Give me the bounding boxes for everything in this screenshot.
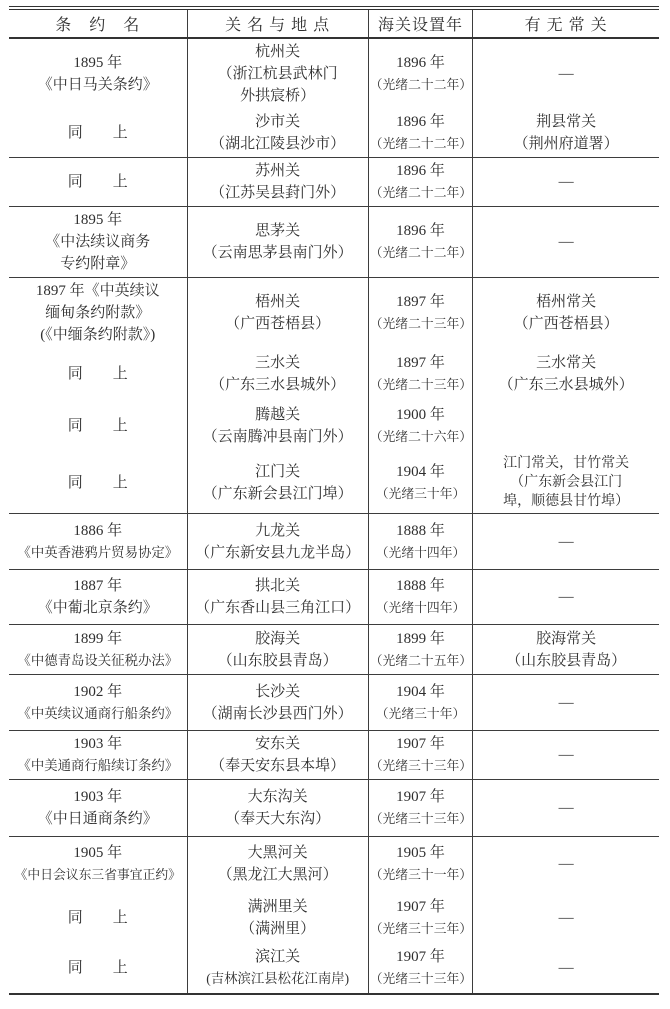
native-customs-cell: 胶海常关（山东胶县青岛） bbox=[473, 625, 659, 675]
native-customs-line: — bbox=[474, 171, 658, 193]
native-customs-line: — bbox=[474, 231, 658, 253]
year-cell: 1907 年（光绪三十三年） bbox=[368, 892, 473, 944]
year-line: （光绪二十三年） bbox=[370, 374, 472, 396]
year-cell: 1897 年（光绪二十三年） bbox=[368, 278, 473, 349]
native-customs-cell: — bbox=[473, 675, 659, 731]
customs-line: 滨江关 bbox=[189, 946, 367, 968]
table-row: 同 上江门关（广东新会县江门埠）1904 年（光绪三十年）江门常关，甘竹常关（广… bbox=[9, 452, 659, 514]
year-line: 1888 年 bbox=[370, 575, 472, 597]
customs-line: （湖南长沙县西门外） bbox=[189, 703, 367, 725]
customs-line: (吉林滨江县松花江南岸) bbox=[189, 968, 367, 990]
treaty-cell: 同 上 bbox=[9, 944, 187, 994]
table-row: 同 上苏州关（江苏吴县葑门外）1896 年（光绪二十二年）— bbox=[9, 158, 659, 207]
treaty-cell: 1895 年《中日马关条约》 bbox=[9, 38, 187, 109]
native-customs-cell bbox=[473, 399, 659, 452]
customs-cell: 大黑河关（黑龙江大黑河） bbox=[187, 837, 368, 892]
treaty-line: 1903 年 bbox=[10, 733, 186, 755]
treaty-line: 1895 年 bbox=[10, 52, 186, 74]
year-cell: 1896 年（光绪二十二年） bbox=[368, 38, 473, 109]
year-line: （光绪二十二年） bbox=[370, 74, 472, 96]
year-line: 1897 年 bbox=[370, 352, 472, 374]
customs-line: 九龙关 bbox=[189, 520, 367, 542]
customs-line: 三水关 bbox=[189, 352, 367, 374]
native-customs-line: 梧州常关 bbox=[474, 291, 658, 313]
table-row: 1905 年《中日会议东三省事宜正约》大黑河关（黑龙江大黑河）1905 年（光绪… bbox=[9, 837, 659, 892]
customs-line: （广东新会县江门埠） bbox=[189, 483, 367, 505]
native-customs-line: （荆州府道署） bbox=[474, 133, 658, 155]
treaty-cell: 1903 年《中日通商条约》 bbox=[9, 780, 187, 837]
table-row: 1895 年《中日马关条约》杭州关（浙江杭县武林门外拱宸桥）1896 年（光绪二… bbox=[9, 38, 659, 109]
native-customs-line: — bbox=[474, 692, 658, 714]
year-line: （光绪三十三年） bbox=[370, 918, 472, 940]
native-customs-cell: — bbox=[473, 158, 659, 207]
treaty-cell: 同 上 bbox=[9, 892, 187, 944]
treaty-cell: 同 上 bbox=[9, 158, 187, 207]
native-customs-cell: — bbox=[473, 944, 659, 994]
treaty-line: 《中美通商行船续订条约》 bbox=[10, 755, 186, 777]
native-customs-line: — bbox=[474, 744, 658, 766]
year-line: 1897 年 bbox=[370, 291, 472, 313]
native-customs-cell: — bbox=[473, 837, 659, 892]
year-line: （光绪二十二年） bbox=[370, 242, 472, 264]
year-line: 1907 年 bbox=[370, 733, 472, 755]
treaty-cell: 1886 年《中英香港鸦片贸易协定》 bbox=[9, 514, 187, 570]
customs-line: 满洲里关 bbox=[189, 896, 367, 918]
treaty-cell: 同 上 bbox=[9, 399, 187, 452]
treaty-line: 1895 年 bbox=[10, 209, 186, 231]
year-cell: 1897 年（光绪二十三年） bbox=[368, 348, 473, 399]
table-row: 同 上三水关（广东三水县城外）1897 年（光绪二十三年）三水常关（广东三水县城… bbox=[9, 348, 659, 399]
year-line: 1900 年 bbox=[370, 404, 472, 426]
treaty-line: 缅甸条约附款》 bbox=[10, 302, 186, 324]
customs-line: 江门关 bbox=[189, 461, 367, 483]
treaty-cell: 1905 年《中日会议东三省事宜正约》 bbox=[9, 837, 187, 892]
treaty-cell: 1899 年《中德青岛设关征税办法》 bbox=[9, 625, 187, 675]
year-line: 1907 年 bbox=[370, 896, 472, 918]
customs-line: 外拱宸桥） bbox=[189, 85, 367, 107]
customs-line: （山东胶县青岛） bbox=[189, 650, 367, 672]
native-customs-cell: — bbox=[473, 514, 659, 570]
year-line: （光绪三十一年） bbox=[370, 864, 472, 886]
customs-line: （黑龙江大黑河） bbox=[189, 864, 367, 886]
header-customs-location: 关 名 与 地 点 bbox=[187, 8, 368, 38]
year-line: 1904 年 bbox=[370, 461, 472, 483]
native-customs-line: 荆县常关 bbox=[474, 111, 658, 133]
native-customs-cell: 梧州常关（广西苍梧县） bbox=[473, 278, 659, 349]
customs-cell: 思茅关（云南思茅县南门外） bbox=[187, 207, 368, 278]
treaty-line: 同 上 bbox=[10, 907, 186, 929]
treaty-line: 《中法续议商务 bbox=[10, 231, 186, 253]
customs-line: 拱北关 bbox=[189, 575, 367, 597]
table-row: 1895 年《中法续议商务专约附章》思茅关（云南思茅县南门外）1896 年（光绪… bbox=[9, 207, 659, 278]
customs-line: 苏州关 bbox=[189, 160, 367, 182]
native-customs-cell: 江门常关，甘竹常关（广东新会县江门埠，顺德县甘竹埠） bbox=[473, 452, 659, 514]
year-line: （光绪二十二年） bbox=[370, 182, 472, 204]
treaty-line: 《中葡北京条约》 bbox=[10, 597, 186, 619]
native-customs-cell: — bbox=[473, 207, 659, 278]
year-line: 1896 年 bbox=[370, 52, 472, 74]
year-cell: 1907 年（光绪三十三年） bbox=[368, 944, 473, 994]
year-line: （光绪二十六年） bbox=[370, 426, 472, 448]
table-row: 同 上满洲里关（满洲里）1907 年（光绪三十三年）— bbox=[9, 892, 659, 944]
native-customs-line: — bbox=[474, 586, 658, 608]
table-row: 1903 年《中日通商条约》大东沟关（奉天大东沟）1907 年（光绪三十三年）— bbox=[9, 780, 659, 837]
year-cell: 1905 年（光绪三十一年） bbox=[368, 837, 473, 892]
year-line: （光绪二十二年） bbox=[370, 133, 472, 155]
native-customs-line: （广东新会县江门 bbox=[474, 473, 658, 492]
table-row: 1897 年《中英续议缅甸条约附款》(《中缅条约附款》)梧州关（广西苍梧县）18… bbox=[9, 278, 659, 349]
native-customs-line: （广西苍梧县） bbox=[474, 313, 658, 335]
customs-line: （湖北江陵县沙市） bbox=[189, 133, 367, 155]
table-body: 1895 年《中日马关条约》杭州关（浙江杭县武林门外拱宸桥）1896 年（光绪二… bbox=[9, 38, 659, 994]
year-cell: 1904 年（光绪三十年） bbox=[368, 452, 473, 514]
customs-line: 长沙关 bbox=[189, 681, 367, 703]
year-line: （光绪三十三年） bbox=[370, 755, 472, 777]
customs-line: （广东新安县九龙半岛） bbox=[189, 542, 367, 564]
native-customs-line: — bbox=[474, 63, 658, 85]
native-customs-line: 埠，顺德县甘竹埠） bbox=[474, 492, 658, 511]
customs-cell: 梧州关（广西苍梧县） bbox=[187, 278, 368, 349]
customs-cell: 腾越关（云南腾冲县南门外） bbox=[187, 399, 368, 452]
year-line: 1905 年 bbox=[370, 842, 472, 864]
treaty-cell: 1895 年《中法续议商务专约附章》 bbox=[9, 207, 187, 278]
customs-cell: 拱北关（广东香山县三角江口） bbox=[187, 570, 368, 625]
customs-cell: 滨江关(吉林滨江县松花江南岸) bbox=[187, 944, 368, 994]
header-customs-year: 海关设置年 bbox=[368, 8, 473, 38]
document-page: 条 约 名 关 名 与 地 点 海关设置年 有 无 常 关 1895 年《中日马… bbox=[0, 0, 670, 995]
year-line: 1888 年 bbox=[370, 520, 472, 542]
year-line: 1896 年 bbox=[370, 111, 472, 133]
customs-cell: 杭州关（浙江杭县武林门外拱宸桥） bbox=[187, 38, 368, 109]
treaty-line: 1886 年 bbox=[10, 520, 186, 542]
treaty-cell: 同 上 bbox=[9, 452, 187, 514]
treaty-line: 1887 年 bbox=[10, 575, 186, 597]
treaty-cell: 1902 年《中英续议通商行船条约》 bbox=[9, 675, 187, 731]
treaty-line: (《中缅条约附款》) bbox=[10, 324, 186, 346]
year-line: 1907 年 bbox=[370, 786, 472, 808]
native-customs-line: — bbox=[474, 853, 658, 875]
treaty-cell: 同 上 bbox=[9, 348, 187, 399]
header-row: 条 约 名 关 名 与 地 点 海关设置年 有 无 常 关 bbox=[9, 8, 659, 38]
year-cell: 1900 年（光绪二十六年） bbox=[368, 399, 473, 452]
treaty-cell: 同 上 bbox=[9, 109, 187, 158]
year-line: （光绪三十三年） bbox=[370, 968, 472, 990]
treaty-line: 1902 年 bbox=[10, 681, 186, 703]
treaty-customs-table: 条 约 名 关 名 与 地 点 海关设置年 有 无 常 关 1895 年《中日马… bbox=[9, 6, 659, 995]
customs-cell: 安东关（奉天安东县本埠） bbox=[187, 731, 368, 780]
year-line: 1899 年 bbox=[370, 628, 472, 650]
treaty-line: 1905 年 bbox=[10, 842, 186, 864]
customs-cell: 大东沟关（奉天大东沟） bbox=[187, 780, 368, 837]
year-cell: 1907 年（光绪三十三年） bbox=[368, 731, 473, 780]
native-customs-line: 胶海常关 bbox=[474, 628, 658, 650]
customs-line: （云南思茅县南门外） bbox=[189, 242, 367, 264]
customs-line: （广东香山县三角江口） bbox=[189, 597, 367, 619]
treaty-line: 同 上 bbox=[10, 472, 186, 494]
year-cell: 1888 年（光绪十四年） bbox=[368, 514, 473, 570]
native-customs-cell: — bbox=[473, 38, 659, 109]
year-line: （光绪十四年） bbox=[370, 542, 472, 564]
table-row: 同 上滨江关(吉林滨江县松花江南岸)1907 年（光绪三十三年）— bbox=[9, 944, 659, 994]
year-line: （光绪二十五年） bbox=[370, 650, 472, 672]
customs-cell: 胶海关（山东胶县青岛） bbox=[187, 625, 368, 675]
customs-line: （江苏吴县葑门外） bbox=[189, 182, 367, 204]
year-line: （光绪二十三年） bbox=[370, 313, 472, 335]
year-cell: 1907 年（光绪三十三年） bbox=[368, 780, 473, 837]
table-row: 1903 年《中美通商行船续订条约》安东关（奉天安东县本埠）1907 年（光绪三… bbox=[9, 731, 659, 780]
treaty-line: 《中英香港鸦片贸易协定》 bbox=[10, 542, 186, 564]
customs-line: （满洲里） bbox=[189, 918, 367, 940]
table-row: 1886 年《中英香港鸦片贸易协定》九龙关（广东新安县九龙半岛）1888 年（光… bbox=[9, 514, 659, 570]
native-customs-cell: 三水常关（广东三水县城外） bbox=[473, 348, 659, 399]
year-line: （光绪三十年） bbox=[370, 703, 472, 725]
customs-cell: 苏州关（江苏吴县葑门外） bbox=[187, 158, 368, 207]
year-cell: 1888 年（光绪十四年） bbox=[368, 570, 473, 625]
treaty-line: 1897 年《中英续议 bbox=[10, 280, 186, 302]
treaty-line: 同 上 bbox=[10, 363, 186, 385]
table-row: 同 上沙市关（湖北江陵县沙市）1896 年（光绪二十二年）荆县常关（荆州府道署） bbox=[9, 109, 659, 158]
customs-line: 大东沟关 bbox=[189, 786, 367, 808]
year-cell: 1899 年（光绪二十五年） bbox=[368, 625, 473, 675]
customs-line: （浙江杭县武林门 bbox=[189, 63, 367, 85]
treaty-line: 《中德青岛设关征税办法》 bbox=[10, 650, 186, 672]
customs-line: 沙市关 bbox=[189, 111, 367, 133]
native-customs-line: （山东胶县青岛） bbox=[474, 650, 658, 672]
customs-line: （奉天安东县本埠） bbox=[189, 755, 367, 777]
customs-cell: 长沙关（湖南长沙县西门外） bbox=[187, 675, 368, 731]
customs-line: （广东三水县城外） bbox=[189, 374, 367, 396]
treaty-line: 1903 年 bbox=[10, 786, 186, 808]
year-line: 1896 年 bbox=[370, 220, 472, 242]
customs-line: 安东关 bbox=[189, 733, 367, 755]
customs-line: 大黑河关 bbox=[189, 842, 367, 864]
year-line: （光绪三十三年） bbox=[370, 808, 472, 830]
year-line: （光绪十四年） bbox=[370, 597, 472, 619]
native-customs-line: — bbox=[474, 957, 658, 979]
table-row: 1899 年《中德青岛设关征税办法》胶海关（山东胶县青岛）1899 年（光绪二十… bbox=[9, 625, 659, 675]
customs-line: 腾越关 bbox=[189, 404, 367, 426]
customs-cell: 九龙关（广东新安县九龙半岛） bbox=[187, 514, 368, 570]
year-cell: 1904 年（光绪三十年） bbox=[368, 675, 473, 731]
customs-line: 梧州关 bbox=[189, 291, 367, 313]
treaty-line: 1899 年 bbox=[10, 628, 186, 650]
treaty-line: 同 上 bbox=[10, 171, 186, 193]
treaty-cell: 1887 年《中葡北京条约》 bbox=[9, 570, 187, 625]
year-cell: 1896 年（光绪二十二年） bbox=[368, 158, 473, 207]
table-row: 1887 年《中葡北京条约》拱北关（广东香山县三角江口）1888 年（光绪十四年… bbox=[9, 570, 659, 625]
treaty-line: 同 上 bbox=[10, 957, 186, 979]
native-customs-line: — bbox=[474, 907, 658, 929]
native-customs-line: 三水常关 bbox=[474, 352, 658, 374]
treaty-line: 同 上 bbox=[10, 415, 186, 437]
year-line: 1904 年 bbox=[370, 681, 472, 703]
treaty-line: 同 上 bbox=[10, 122, 186, 144]
year-cell: 1896 年（光绪二十二年） bbox=[368, 109, 473, 158]
table-row: 1902 年《中英续议通商行船条约》长沙关（湖南长沙县西门外）1904 年（光绪… bbox=[9, 675, 659, 731]
native-customs-line: — bbox=[474, 797, 658, 819]
treaty-line: 《中日马关条约》 bbox=[10, 74, 186, 96]
year-cell: 1896 年（光绪二十二年） bbox=[368, 207, 473, 278]
year-line: 1896 年 bbox=[370, 160, 472, 182]
customs-line: 杭州关 bbox=[189, 41, 367, 63]
treaty-line: 《中日通商条约》 bbox=[10, 808, 186, 830]
customs-cell: 沙市关（湖北江陵县沙市） bbox=[187, 109, 368, 158]
year-line: 1907 年 bbox=[370, 946, 472, 968]
customs-line: 胶海关 bbox=[189, 628, 367, 650]
customs-line: （广西苍梧县） bbox=[189, 313, 367, 335]
customs-cell: 江门关（广东新会县江门埠） bbox=[187, 452, 368, 514]
native-customs-cell: — bbox=[473, 780, 659, 837]
native-customs-line: — bbox=[474, 531, 658, 553]
native-customs-line: （广东三水县城外） bbox=[474, 374, 658, 396]
customs-cell: 满洲里关（满洲里） bbox=[187, 892, 368, 944]
treaty-line: 《中日会议东三省事宜正约》 bbox=[10, 864, 186, 886]
header-treaty-name: 条 约 名 bbox=[9, 8, 187, 38]
native-customs-line: 江门常关，甘竹常关 bbox=[474, 454, 658, 473]
native-customs-cell: — bbox=[473, 892, 659, 944]
treaty-cell: 1903 年《中美通商行船续订条约》 bbox=[9, 731, 187, 780]
treaty-line: 专约附章》 bbox=[10, 253, 186, 275]
customs-line: （奉天大东沟） bbox=[189, 808, 367, 830]
native-customs-cell: — bbox=[473, 731, 659, 780]
year-line: （光绪三十年） bbox=[370, 483, 472, 505]
customs-line: 思茅关 bbox=[189, 220, 367, 242]
native-customs-cell: 荆县常关（荆州府道署） bbox=[473, 109, 659, 158]
customs-line: （云南腾冲县南门外） bbox=[189, 426, 367, 448]
customs-cell: 三水关（广东三水县城外） bbox=[187, 348, 368, 399]
native-customs-cell: — bbox=[473, 570, 659, 625]
table-row: 同 上腾越关（云南腾冲县南门外）1900 年（光绪二十六年） bbox=[9, 399, 659, 452]
header-native-customs: 有 无 常 关 bbox=[473, 8, 659, 38]
treaty-cell: 1897 年《中英续议缅甸条约附款》(《中缅条约附款》) bbox=[9, 278, 187, 349]
treaty-line: 《中英续议通商行船条约》 bbox=[10, 703, 186, 725]
